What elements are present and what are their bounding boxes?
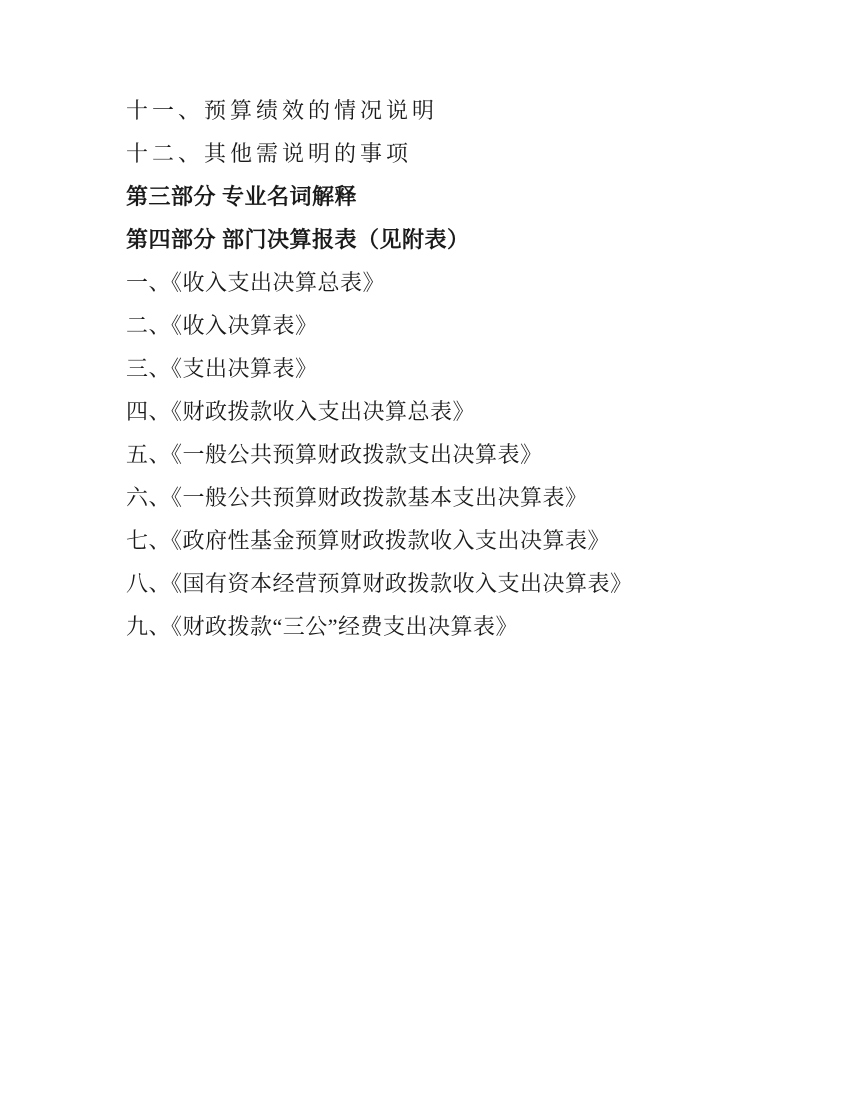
document-line: 十一、预算绩效的情况说明 [126,89,786,132]
document-line: 第四部分 部门决算报表（见附表） [126,218,786,261]
document-line: 二、《收入决算表》 [126,304,786,347]
document-line: 五、《一般公共预算财政拨款支出决算表》 [126,433,786,476]
document-page: 十一、预算绩效的情况说明十二、其他需说明的事项第三部分 专业名词解释第四部分 部… [0,0,850,1100]
document-line: 四、《财政拨款收入支出决算总表》 [126,390,786,433]
document-line: 六、《一般公共预算财政拨款基本支出决算表》 [126,476,786,519]
document-line: 七、《政府性基金预算财政拨款收入支出决算表》 [126,519,786,562]
document-line: 八、《国有资本经营预算财政拨款收入支出决算表》 [126,562,786,605]
document-content: 十一、预算绩效的情况说明十二、其他需说明的事项第三部分 专业名词解释第四部分 部… [126,89,786,648]
document-line: 三、《支出决算表》 [126,347,786,390]
document-line: 第三部分 专业名词解释 [126,175,786,218]
document-line: 一、《收入支出决算总表》 [126,261,786,304]
document-line: 九、《财政拨款“三公”经费支出决算表》 [126,605,786,648]
document-line: 十二、其他需说明的事项 [126,132,786,175]
